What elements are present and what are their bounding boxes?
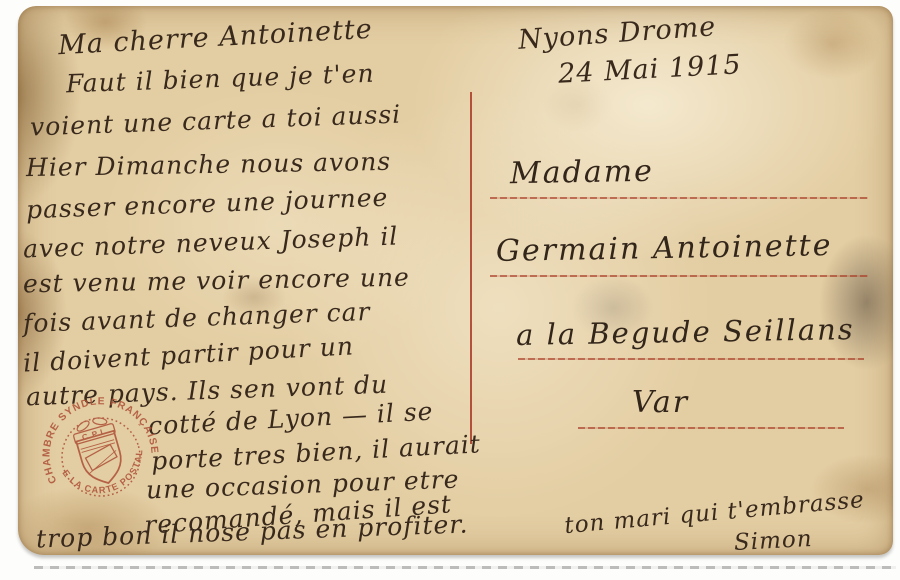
dateline-date: 24 Mai 1915 [557, 51, 742, 88]
signature-line: ton mari qui t'embrasse [564, 489, 866, 538]
postcard-divider-rule [470, 92, 472, 444]
address-rule-4 [578, 427, 844, 429]
message-line: Hier Dimanche nous avons [26, 149, 392, 180]
message-line: passer encore une journee [26, 185, 389, 223]
message-line: voient une carte a toi aussi [30, 102, 402, 140]
address-line-4: Var [632, 388, 689, 418]
address-rule-3 [518, 358, 864, 360]
signature-name: Simon [733, 528, 813, 555]
address-rule-2 [490, 275, 868, 277]
message-line: est venu me voir encore une [23, 265, 410, 297]
message-line: Faut il bien que je t'en [66, 61, 375, 97]
dateline-location: Nyons Drome [517, 13, 717, 54]
scan-edge-line [34, 566, 896, 569]
message-line: il doivent partir pour un [23, 333, 355, 375]
message-line: fois avant de changer car [23, 299, 371, 336]
message-line: avec notre neveux Joseph il [23, 223, 399, 261]
postcard: Nyons Drome 24 Mai 1915 Ma cherre Antoin… [18, 6, 893, 555]
address-line-3: a la Begude Seillans [516, 315, 855, 350]
scanned-postcard-image: Nyons Drome 24 Mai 1915 Ma cherre Antoin… [0, 0, 900, 580]
message-line: Ma cherre Antoinette [58, 16, 374, 59]
address-rule-1 [490, 197, 868, 199]
address-line-1: Madame [510, 157, 654, 190]
address-line-2: Germain Antoinette [496, 231, 833, 267]
